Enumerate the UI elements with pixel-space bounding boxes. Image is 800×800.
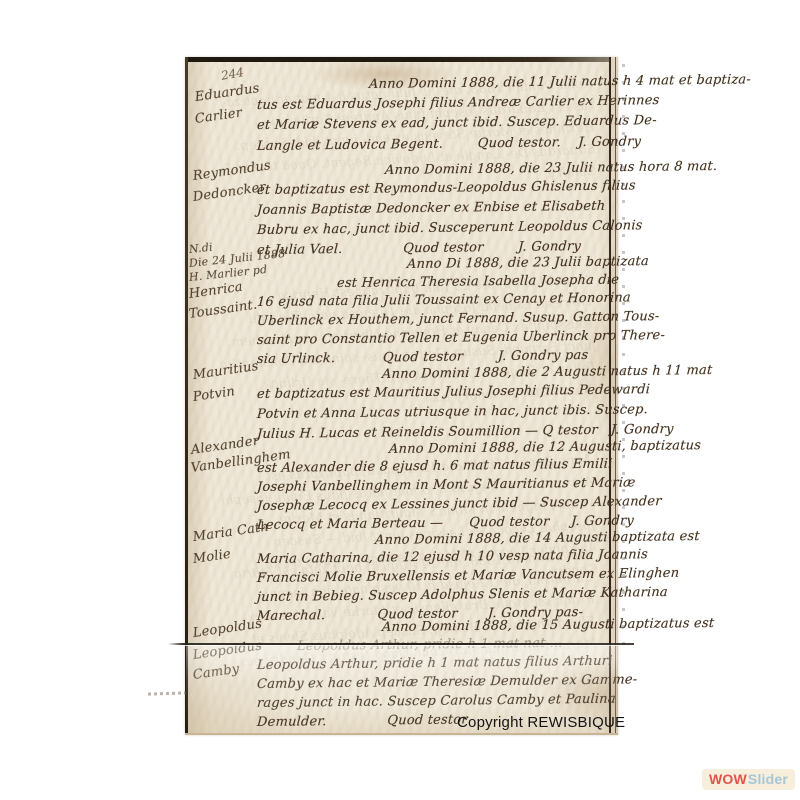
wowslider-watermark[interactable]: WOWSlider	[702, 769, 795, 790]
entry-6-line-3: Francisci Molie Bruxellensis et Mariæ Va…	[257, 566, 680, 586]
entry-1-line-3: et Mariæ Stevens ex ead, junct ibid. Sus…	[257, 113, 658, 133]
entry-5-line-1: Anno Domini 1888, die 12 Augusti, baptiz…	[389, 438, 702, 457]
entry-2-line-4: Bubru ex hac, junct ibid. Susceperunt Le…	[257, 218, 643, 238]
entry-7-margin-name: Leopoldus	[192, 616, 263, 641]
entry-2-line-2: et baptizatus est Reymondus-Leopoldus Gh…	[257, 178, 637, 198]
entry-7-line-6: Demulder. Quod testor	[257, 712, 469, 730]
entry-3-line-1: Anno Di 1888, die 23 Julii baptizata	[407, 254, 650, 272]
entry-4-line-2: et baptizatus est Mauritius Julius Josep…	[257, 382, 651, 402]
entry-6-line-4: junct in Bebieg. Suscep Adolphus Slenis …	[257, 585, 669, 605]
binding-gutter-ticks	[622, 64, 625, 656]
entry-4-line-3: Potvin et Anna Lucas utriusque in hac, j…	[257, 402, 649, 422]
entry-1-margin-name: Eduardus	[194, 81, 261, 105]
entry-2-line-3: Joannis Baptistæ Dedoncker ex Enbise et …	[257, 199, 606, 218]
entry-1-line-2: tus est Eduardus Josephi filius Andreæ C…	[257, 93, 660, 113]
entry-7-margin-name: Camby	[192, 662, 240, 683]
entry-1-margin-name: Carlier	[194, 105, 243, 126]
entry-3-line-5: saint pro Constantio Tellen et Eugenia U…	[257, 328, 666, 348]
entry-3-line-3: 16 ejusd nata filia Julii Toussaint ex C…	[257, 290, 632, 310]
copyright-watermark: Copyright REWISBIQUE	[457, 714, 625, 731]
entry-3-margin-name: N.di	[188, 241, 213, 256]
wowslider-slider-text: Slider	[748, 771, 788, 787]
stray-marks	[148, 691, 186, 695]
entry-3-margin-name: Toussaint.	[188, 297, 258, 321]
entry-6-margin-name: Maria Cath	[192, 519, 270, 545]
entry-4-margin-name: Potvin	[192, 384, 236, 405]
entry-6-line-2: Maria Catharina, die 12 ejusd h 10 vesp …	[257, 547, 649, 567]
entry-7-line-4: Camby ex hac et Mariæ Theresiæ Demulder …	[257, 672, 638, 692]
entry-7-line-5: rages junct in hac. Suscep Carolus Camby…	[257, 692, 617, 711]
slider-viewport: 244 Anno Domini 1888, die 11 Julii natus…	[0, 0, 800, 800]
entry-7-line-1: Anno Domini 1888, die 15 Augusti baptiza…	[382, 616, 715, 635]
entry-1-line-1: Anno Domini 1888, die 11 Julii natus h 4…	[369, 72, 752, 92]
entry-4-line-1: Anno Domini 1888, die 2 Augusti natus h …	[382, 363, 713, 382]
scan-seam-line	[168, 643, 634, 645]
entry-5-line-3: Josephi Vanbellinghem in Mont S Mauritia…	[257, 475, 636, 495]
entry-2-margin-name: Dedoncker	[192, 180, 267, 205]
entry-5-line-2: est Alexander die 8 ejusd h. 6 mat natus…	[257, 457, 613, 476]
entry-7-line-3: Leopoldus Arthur, pridie h 1 mat natus f…	[257, 654, 613, 673]
entry-6-line-1: Anno Domini 1888, die 14 Augusti baptiza…	[375, 529, 701, 548]
entry-2-line-1: Anno Domini 1888, die 23 Julii natus hor…	[385, 159, 718, 178]
register-entries: EduardusCarlierAnno Domini 1888, die 11 …	[185, 57, 618, 735]
entry-4-margin-name: Mauritius	[192, 359, 259, 383]
wowslider-wow-text: WOW	[709, 771, 747, 787]
entry-6-margin-name: Molie	[192, 547, 232, 567]
entry-1-line-4: Langle et Ludovica Begent. Quod testor. …	[257, 134, 642, 154]
entry-3-line-2: est Henrica Theresia Isabella Josepha di…	[337, 273, 620, 291]
entry-5-line-4: Josephæ Lecocq ex Lessines junct ibid — …	[257, 494, 662, 514]
register-scan: 244 Anno Domini 1888, die 11 Julii natus…	[185, 57, 618, 735]
entry-3-line-4: Uberlinck ex Houthem, junct Fernand. Sus…	[257, 309, 660, 329]
